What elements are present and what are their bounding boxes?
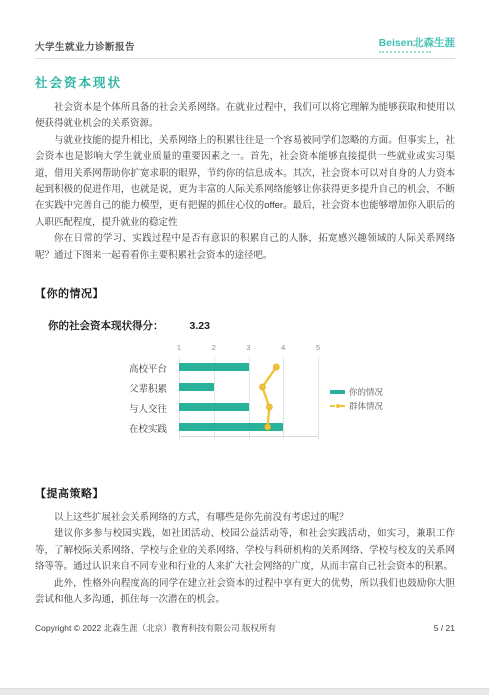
strategy-heading: 【提高策略】 [35, 485, 455, 501]
beisen-logo: Beisen北森生涯 [379, 38, 455, 53]
page-edge-strip [0, 688, 489, 695]
legend-line-swatch [330, 404, 345, 408]
beisen-logo-text: Beisen北森生涯 [379, 38, 455, 49]
score-value: 3.23 [190, 320, 210, 332]
copyright-text: Copyright © 2022 北森生涯（北京）教育科技有限公司 版权所有 [35, 622, 276, 634]
intro-paragraphs: 社会资本是个体所具备的社会关系网络。在就业过程中，我们可以将它理解为能够获取和使… [35, 100, 455, 264]
chart-line [179, 357, 318, 437]
gridline [318, 357, 319, 439]
axis-tick-label: 2 [212, 343, 216, 352]
legend-label: 你的情况 [349, 386, 383, 398]
chart-categories: 高校平台父辈积累与人交往在校实践 [35, 357, 173, 437]
legend-bar-swatch [330, 390, 345, 395]
score-row: 你的社会资本现状得分： 3.23 [48, 318, 455, 333]
social-capital-chart: 12345 高校平台父辈积累与人交往在校实践 你的情况群体情况 [35, 343, 455, 465]
section-title: 社会资本现状 [35, 73, 455, 91]
paragraph: 建议你多参与校园实践，如社团活动、校园公益活动等，和社会实践活动，如实习，兼职工… [35, 526, 455, 575]
category-label: 父辈积累 [129, 381, 167, 395]
axis-tick-label: 1 [177, 343, 181, 352]
your-situation-heading: 【你的情况】 [35, 285, 455, 301]
page-header: 大学生就业力诊断报告 Beisen北森生涯 [35, 38, 455, 53]
chart-ticks: 12345 [179, 343, 318, 355]
axis-tick-label: 5 [316, 343, 320, 352]
page-footer: Copyright © 2022 北森生涯（北京）教育科技有限公司 版权所有 5… [35, 622, 455, 634]
axis-tick-label: 3 [246, 343, 250, 352]
category-label: 在校实践 [129, 421, 167, 435]
category-label: 与人交往 [129, 401, 167, 415]
paragraph: 社会资本是个体所具备的社会关系网络。在就业过程中，我们可以将它理解为能够获取和使… [35, 100, 455, 133]
page-number: 5 / 21 [434, 623, 455, 633]
score-label: 你的社会资本现状得分： [48, 318, 164, 333]
report-title: 大学生就业力诊断报告 [35, 39, 135, 53]
legend-label: 群体情况 [349, 400, 383, 412]
legend-entry: 群体情况 [330, 399, 383, 413]
report-page: 大学生就业力诊断报告 Beisen北森生涯 社会资本现状 社会资本是个体所具备的… [0, 0, 489, 695]
paragraph: 以上这些扩展社会关系网络的方式，有哪些是你先前没有考虑过的呢？ [35, 510, 455, 526]
beisen-logo-tagline [379, 51, 431, 53]
strategy-paragraphs: 以上这些扩展社会关系网络的方式，有哪些是你先前没有考虑过的呢？建议你多参与校园实… [35, 510, 455, 608]
legend-entry: 你的情况 [330, 385, 383, 399]
header-divider [35, 58, 455, 59]
category-label: 高校平台 [129, 361, 167, 375]
axis-tick-label: 4 [281, 343, 285, 352]
paragraph: 此外，性格外向程度高的同学在建立社会资本的过程中享有更大的优势，所以我们也鼓励你… [35, 576, 455, 609]
paragraph: 与就业技能的提升相比，关系网络上的积累往往是一个容易被同学们忽略的方面。但事实上… [35, 133, 455, 231]
paragraph: 你在日常的学习、实践过程中是否有意识的积累自己的人脉，拓宽感兴趣领域的人际关系网… [35, 231, 455, 264]
chart-legend: 你的情况群体情况 [330, 385, 383, 413]
